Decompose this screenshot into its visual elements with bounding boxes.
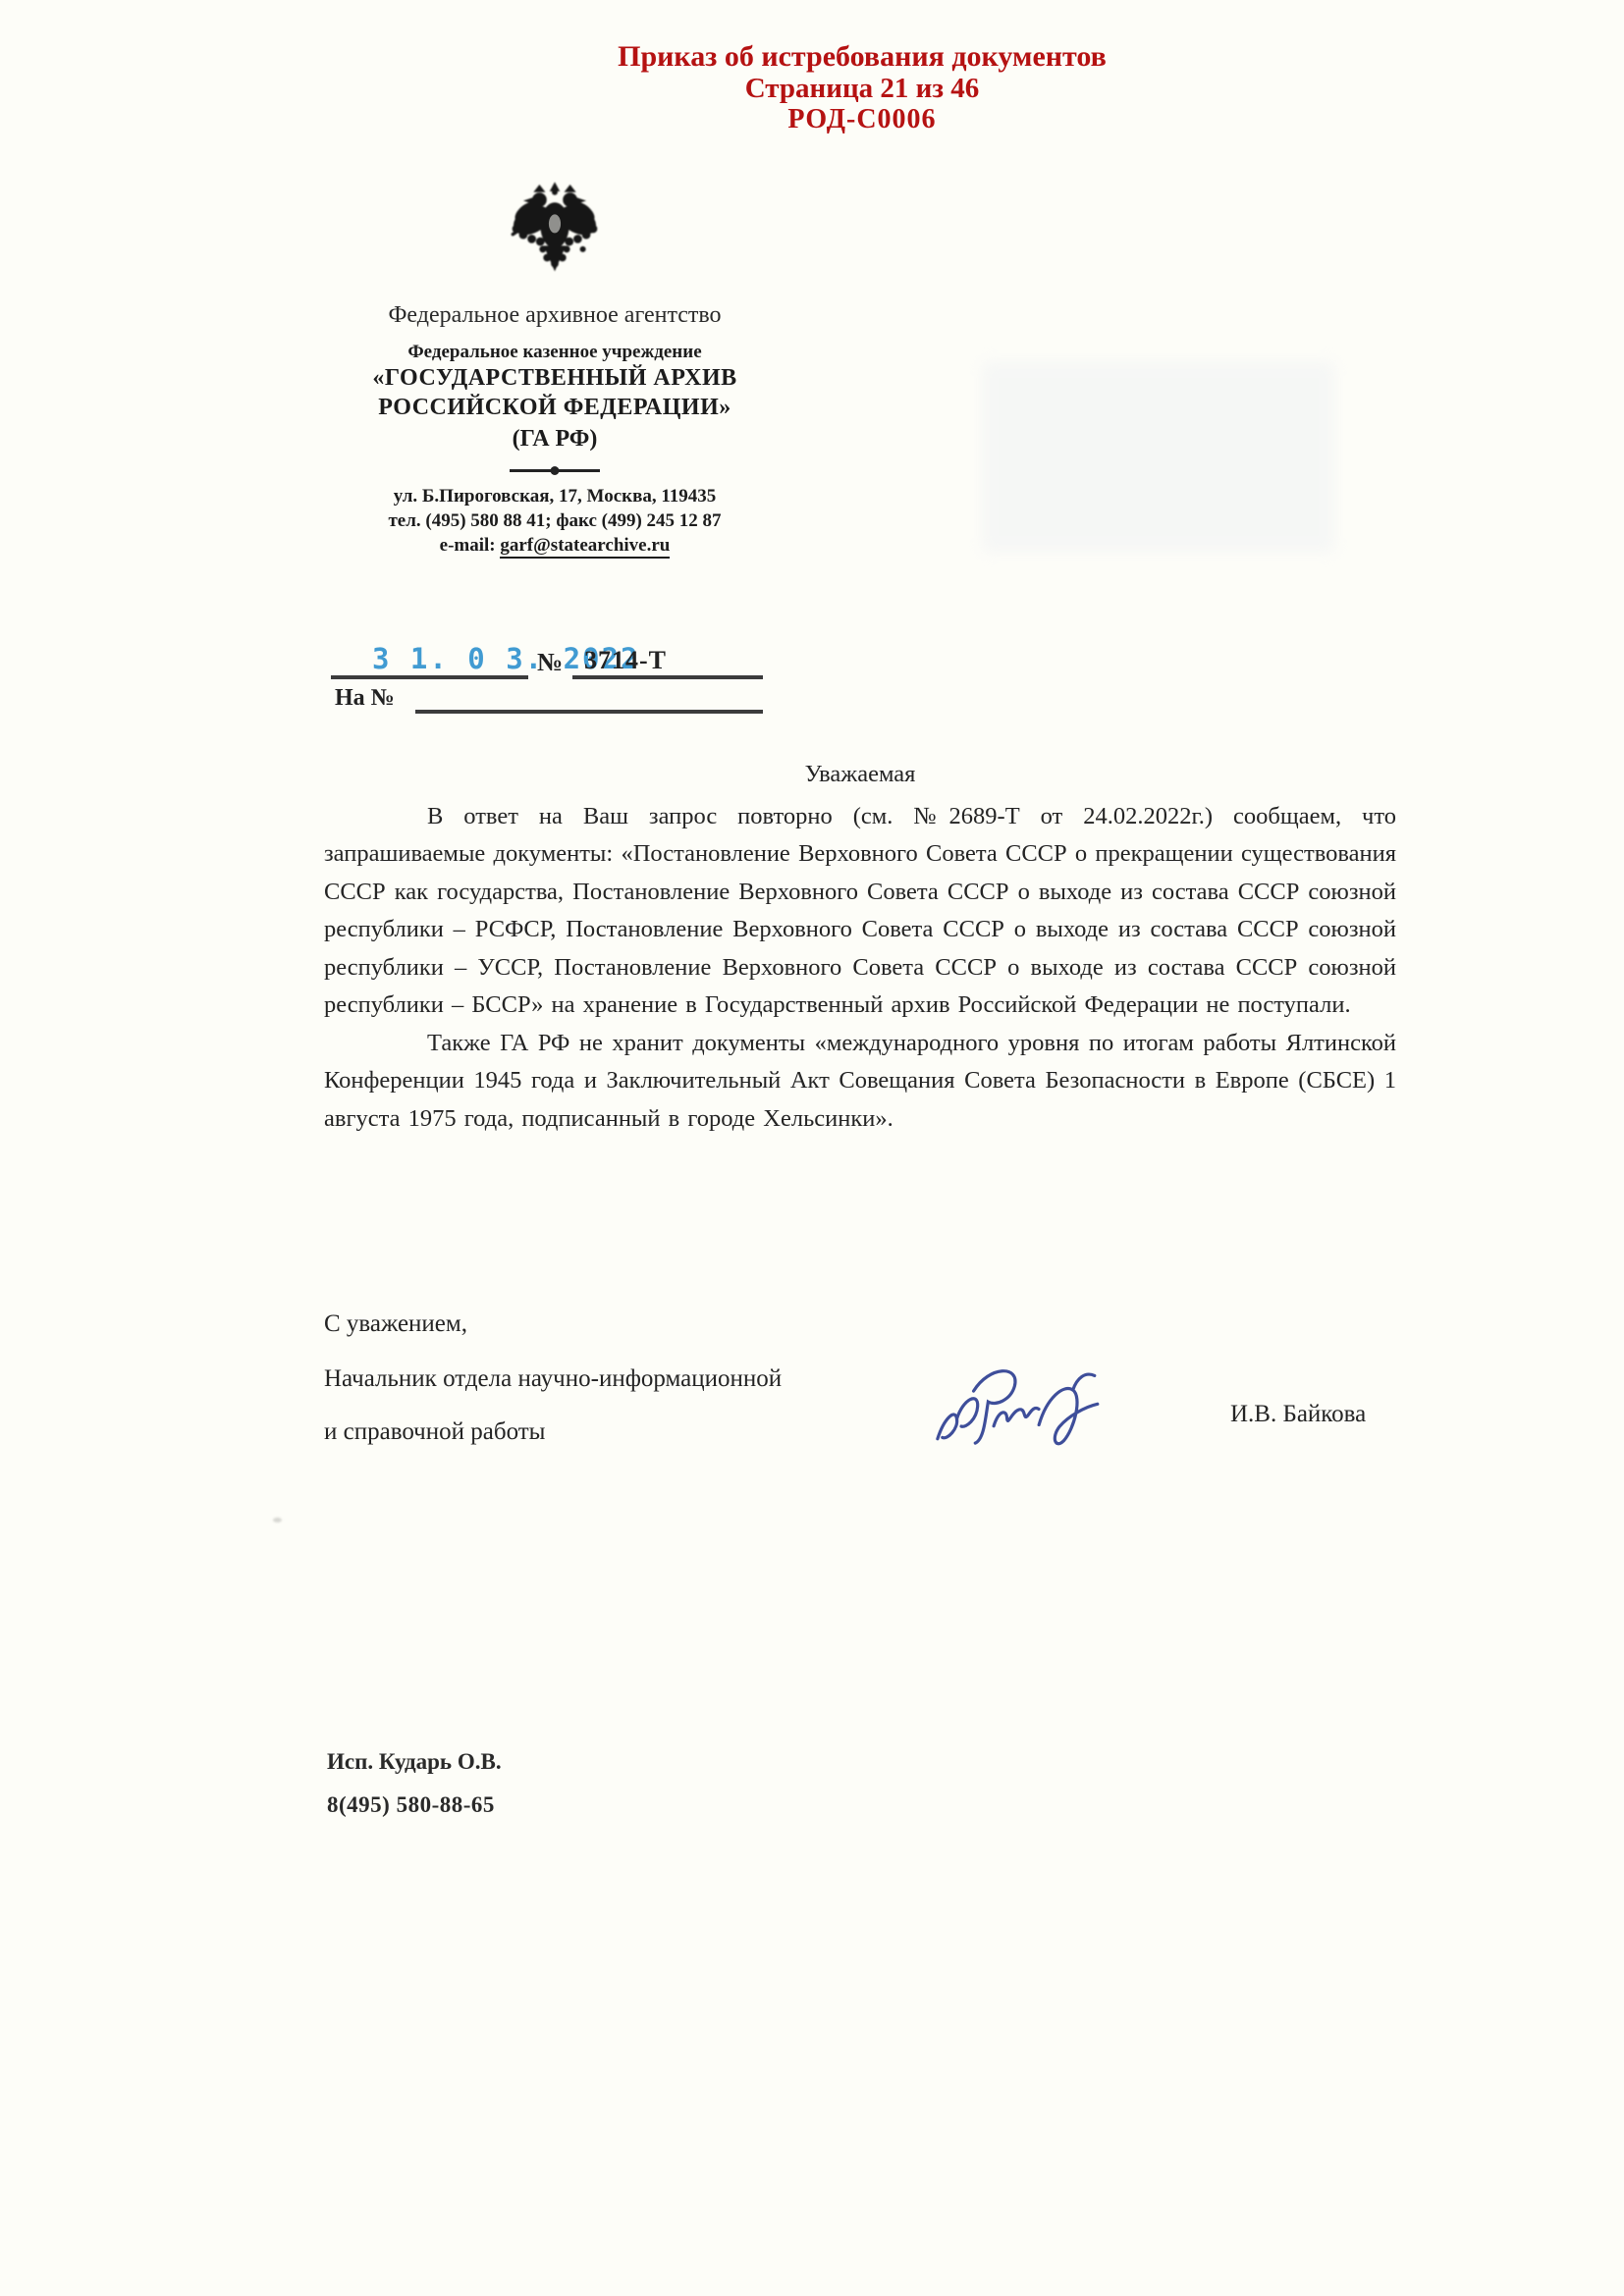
organization-name-line2: РОССИЙСКОЙ ФЕДЕРАЦИИ» [324, 393, 785, 422]
reply-to-label: На № [335, 685, 395, 712]
document-code: РОД-С0006 [589, 104, 1135, 135]
executor-phone: 8(495) 580-88-65 [327, 1792, 495, 1818]
letter-body: Уважаемая В ответ на Ваш запрос повторно… [324, 756, 1396, 1138]
email-line: e-mail: garf@statearchive.ru [324, 533, 785, 558]
signer-name: И.В. Байкова [1230, 1401, 1366, 1428]
salutation: Уважаемая [324, 756, 1396, 794]
agency-name: Федеральное архивное агентство [324, 300, 785, 330]
document-title: Приказ об истребования документов [589, 41, 1135, 73]
outgoing-number: 3714-Т [584, 646, 667, 675]
scanned-letter-page: Приказ об истребования документов Страни… [0, 0, 1624, 2296]
signer-title-line1: Начальник отдела научно-информационной [324, 1365, 782, 1393]
phone-fax-line: тел. (495) 580 88 41; факс (499) 245 12 … [324, 508, 785, 533]
pagination-header: Приказ об истребования документов Страни… [589, 41, 1135, 135]
scan-ghost-stain [982, 361, 1335, 553]
scan-speck [273, 1518, 282, 1522]
number-underline [572, 675, 763, 679]
letterhead: Федеральное архивное агентство Федеральн… [324, 179, 785, 558]
executor-name: Исп. Кударь О.В. [327, 1749, 502, 1775]
email-label: e-mail: [440, 535, 496, 556]
date-underline [331, 675, 528, 679]
handwritten-signature-icon [928, 1353, 1164, 1466]
organization-name-line1: «ГОСУДАРСТВЕННЫЙ АРХИВ [324, 363, 785, 393]
letterhead-divider [510, 469, 600, 472]
page-indicator: Страница 21 из 46 [589, 73, 1135, 104]
signer-title-line2: и справочной работы [324, 1418, 545, 1446]
organization-abbreviation: (ГА РФ) [324, 424, 785, 454]
coat-of-arms-eagle-icon [504, 179, 606, 293]
closing-phrase: С уважением, [324, 1310, 467, 1338]
email-address: garf@statearchive.ru [500, 535, 670, 559]
paragraph-2: Также ГА РФ не хранит документы «междуна… [324, 1025, 1396, 1139]
number-sign: № [537, 648, 563, 677]
reference-block: 3 1. 0 3. 2022 № 3714-Т На № [331, 638, 773, 726]
divider-dot [551, 466, 560, 475]
reply-underline [415, 710, 763, 714]
institution-type: Федеральное казенное учреждение [324, 341, 785, 363]
postal-address: ул. Б.Пироговская, 17, Москва, 119435 [324, 484, 785, 508]
paragraph-1: В ответ на Ваш запрос повторно (см. №268… [324, 798, 1396, 1025]
